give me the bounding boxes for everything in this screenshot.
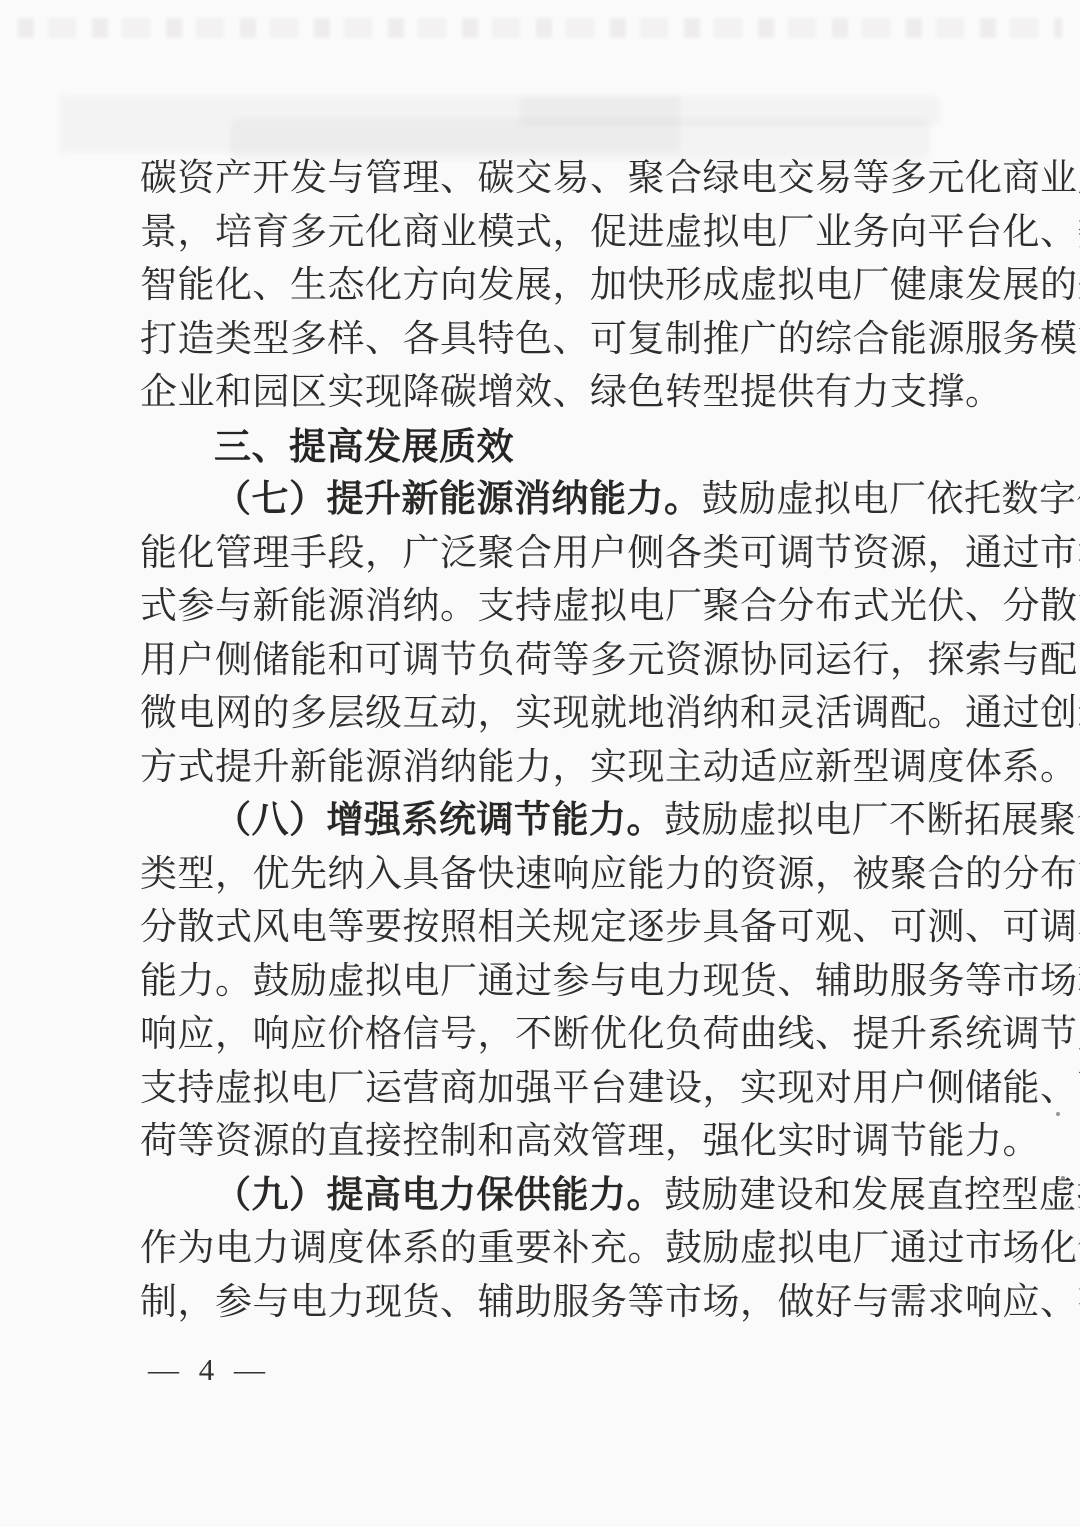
text-line: 式参与新能源消纳。支持虚拟电厂聚合分布式光伏、分散式风电、 (140, 580, 960, 634)
text-line: 作为电力调度体系的重要补充。鼓励虚拟电厂通过市场化创新机 (140, 1222, 960, 1276)
text-line: 分散式风电等要按照相关规定逐步具备可观、可测、可调、可控 (140, 901, 960, 955)
text-line: 打造类型多样、各具特色、可复制推广的综合能源服务模式，为 (140, 313, 960, 367)
text-line: 制，参与电力现货、辅助服务等市场，做好与需求响应、有序用 (140, 1276, 960, 1330)
text-line: 支持虚拟电厂运营商加强平台建设，实现对用户侧储能、可调负 (140, 1062, 960, 1116)
text-line: 方式提升新能源消纳能力，实现主动适应新型调度体系。 (140, 741, 960, 795)
text-line: 用户侧储能和可调节负荷等多元资源协同运行，探索与配电网、 (140, 634, 960, 688)
text-line: 智能化、生态化方向发展，加快形成虚拟电厂健康发展的生态圈。 (140, 259, 960, 313)
paragraph-text: 鼓励虚拟电厂依托数字化、智 (702, 479, 1080, 520)
paragraph-text: 鼓励建设和发展直控型虚拟电厂， (664, 1175, 1080, 1216)
scan-smudge (520, 96, 940, 126)
document-body: 碳资产开发与管理、碳交易、聚合绿电交易等多元化商业应用场景，培育多元化商业模式，… (140, 152, 960, 1329)
text-line: 类型，优先纳入具备快速响应能力的资源，被聚合的分布式光伏、 (140, 848, 960, 902)
scan-speck (1056, 1112, 1060, 1116)
document-page: 碳资产开发与管理、碳交易、聚合绿电交易等多元化商业应用场景，培育多元化商业模式，… (0, 0, 1080, 1527)
text-line: （九）提高电力保供能力。鼓励建设和发展直控型虚拟电厂， (140, 1169, 960, 1223)
text-line: 微电网的多层级互动，实现就地消纳和灵活调配。通过创新调控 (140, 687, 960, 741)
text-line: 景，培育多元化商业模式，促进虚拟电厂业务向平台化、数字化、 (140, 206, 960, 260)
text-line: 企业和园区实现降碳增效、绿色转型提供有力支撑。 (140, 366, 960, 420)
paragraph-text: 鼓励虚拟电厂不断拓展聚合资源 (664, 800, 1080, 841)
paragraph-heading: （九）提高电力保供能力。 (214, 1175, 664, 1216)
text-line: （八）增强系统调节能力。鼓励虚拟电厂不断拓展聚合资源 (140, 794, 960, 848)
page-number: — 4 — (148, 1352, 271, 1388)
section-heading: 三、提高发展质效 (140, 420, 960, 474)
scan-bleedthrough-band (18, 18, 1062, 38)
text-line: （七）提升新能源消纳能力。鼓励虚拟电厂依托数字化、智 (140, 473, 960, 527)
paragraph-heading: （七）提升新能源消纳能力。 (214, 479, 702, 520)
text-line: 荷等资源的直接控制和高效管理，强化实时调节能力。 (140, 1115, 960, 1169)
text-line: 碳资产开发与管理、碳交易、聚合绿电交易等多元化商业应用场 (140, 152, 960, 206)
text-line: 能化管理手段，广泛聚合用户侧各类可调节资源，通过市场化方 (140, 527, 960, 581)
text-line: 能力。鼓励虚拟电厂通过参与电力现货、辅助服务等市场和需求 (140, 955, 960, 1009)
paragraph-heading: （八）增强系统调节能力。 (214, 800, 664, 841)
text-line: 响应，响应价格信号，不断优化负荷曲线、提升系统调节灵活性。 (140, 1008, 960, 1062)
